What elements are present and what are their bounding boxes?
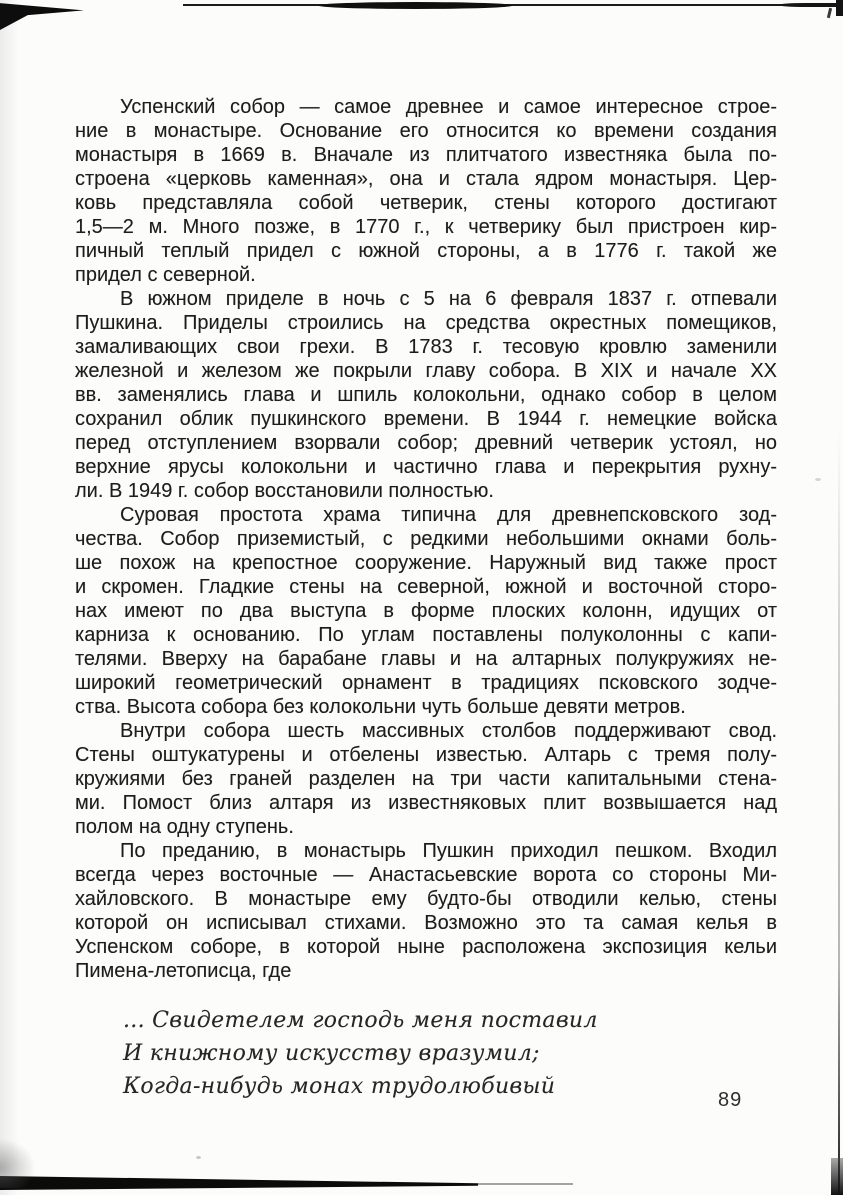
text-line: верхние ярусы колокольни и частично глав… <box>75 455 777 479</box>
text-line: строена «церковь каменная», она и стала … <box>75 167 777 191</box>
text-line: Успенском соборе, в которой ныне располо… <box>75 935 777 959</box>
text-line: Пимена-летописца, где <box>75 959 777 983</box>
text-line: широкий геометрический орнамент в традиц… <box>75 671 777 695</box>
scan-artifact-bottom-band-tail <box>478 1183 573 1185</box>
text-line: ковь представляла собой четверик, стены … <box>75 191 777 215</box>
scan-shadow-right-edge <box>838 430 840 1195</box>
text-line: ли. В 1949 г. собор восстановили полност… <box>75 479 777 503</box>
text-line: вв. заменялись глава и шпиль колокольни,… <box>75 383 777 407</box>
verse-quotation: ... Свидетелем господь меня поставилИ кн… <box>123 1004 598 1103</box>
text-line: По преданию, в монастырь Пушкин приходил… <box>75 839 777 863</box>
scan-artifact-top-left-wedge <box>0 2 84 30</box>
scan-artifact-top-line-right <box>780 3 843 7</box>
text-line: Пушкина. Приделы строились на средства о… <box>75 311 777 335</box>
text-line: хайловского. В монастыре ему будто-бы от… <box>75 887 777 911</box>
scan-speck <box>196 1156 201 1159</box>
scan-shadow-bottom-left <box>0 1138 36 1188</box>
text-line: монастыря в 1669 в. Вначале из плитчатог… <box>75 143 777 167</box>
text-line: ми. Помост близ алтаря из известняковых … <box>75 791 777 815</box>
text-line: придел с северной. <box>75 263 777 287</box>
text-line: ства. Высота собора без колокольни чуть … <box>75 695 777 719</box>
text-line: Суровая простота храма типична для древн… <box>75 503 777 527</box>
scan-artifact-bottom-band <box>0 1176 478 1190</box>
text-line: телями. Вверху на барабане главы и на ал… <box>75 647 777 671</box>
text-line: полом на одну ступень. <box>75 815 777 839</box>
text-line: пичный теплый придел с южной стороны, а … <box>75 239 777 263</box>
text-line: ше похож на крепостное сооружение. Наруж… <box>75 551 777 575</box>
scanned-book-page: Успенский собор — самое древнее и самое … <box>0 0 843 1195</box>
scan-speck <box>815 478 821 481</box>
page-number: 89 <box>718 1089 742 1112</box>
scan-artifact-top-line-bulge <box>318 2 513 9</box>
text-line: замаливающих свои грехи. В 1783 г. тесов… <box>75 335 777 359</box>
scan-artifact-top-right-corner <box>836 0 843 16</box>
scan-artifact-top-line <box>183 4 843 6</box>
text-line: всегда через восточные — Анастасьевские … <box>75 863 777 887</box>
text-line: и скромен. Гладкие стены на северной, юж… <box>75 575 777 599</box>
page-body-text: Успенский собор — самое древнее и самое … <box>75 95 777 983</box>
verse-line: Когда-нибудь монах трудолюбивый <box>123 1070 598 1103</box>
text-line: ние в монастыре. Основание его относится… <box>75 119 777 143</box>
text-line: сохранил облик пушкинского времени. В 19… <box>75 407 777 431</box>
text-line: Внутри собора шесть массивных столбов по… <box>75 719 777 743</box>
text-line: чества. Собор приземистый, с редкими неб… <box>75 527 777 551</box>
verse-line: И книжному искусству вразумил; <box>123 1037 598 1070</box>
scan-artifact-bottom-right-bar <box>831 1158 843 1195</box>
text-line: Стены оштукатурены и отбелены известью. … <box>75 743 777 767</box>
verse-line: ... Свидетелем господь меня поставил <box>123 1004 598 1037</box>
text-line: железной и железом же покрыли главу собо… <box>75 359 777 383</box>
text-line: перед отступлением взорвали собор; древн… <box>75 431 777 455</box>
text-line: 1,5—2 м. Много позже, в 1770 г., к четве… <box>75 215 777 239</box>
text-line: которой он исписывал стихами. Возможно э… <box>75 911 777 935</box>
text-line: В южном приделе в ночь с 5 на 6 февраля … <box>75 287 777 311</box>
text-line: нах имеют по два выступа в форме плоских… <box>75 599 777 623</box>
text-line: карниза к основанию. По углам поставлены… <box>75 623 777 647</box>
scan-shadow-left-edge <box>0 0 24 1195</box>
scan-artifact-top-right-tick <box>827 8 832 18</box>
text-line: кружиями без граней разделен на три част… <box>75 767 777 791</box>
text-line: Успенский собор — самое древнее и самое … <box>75 95 777 119</box>
